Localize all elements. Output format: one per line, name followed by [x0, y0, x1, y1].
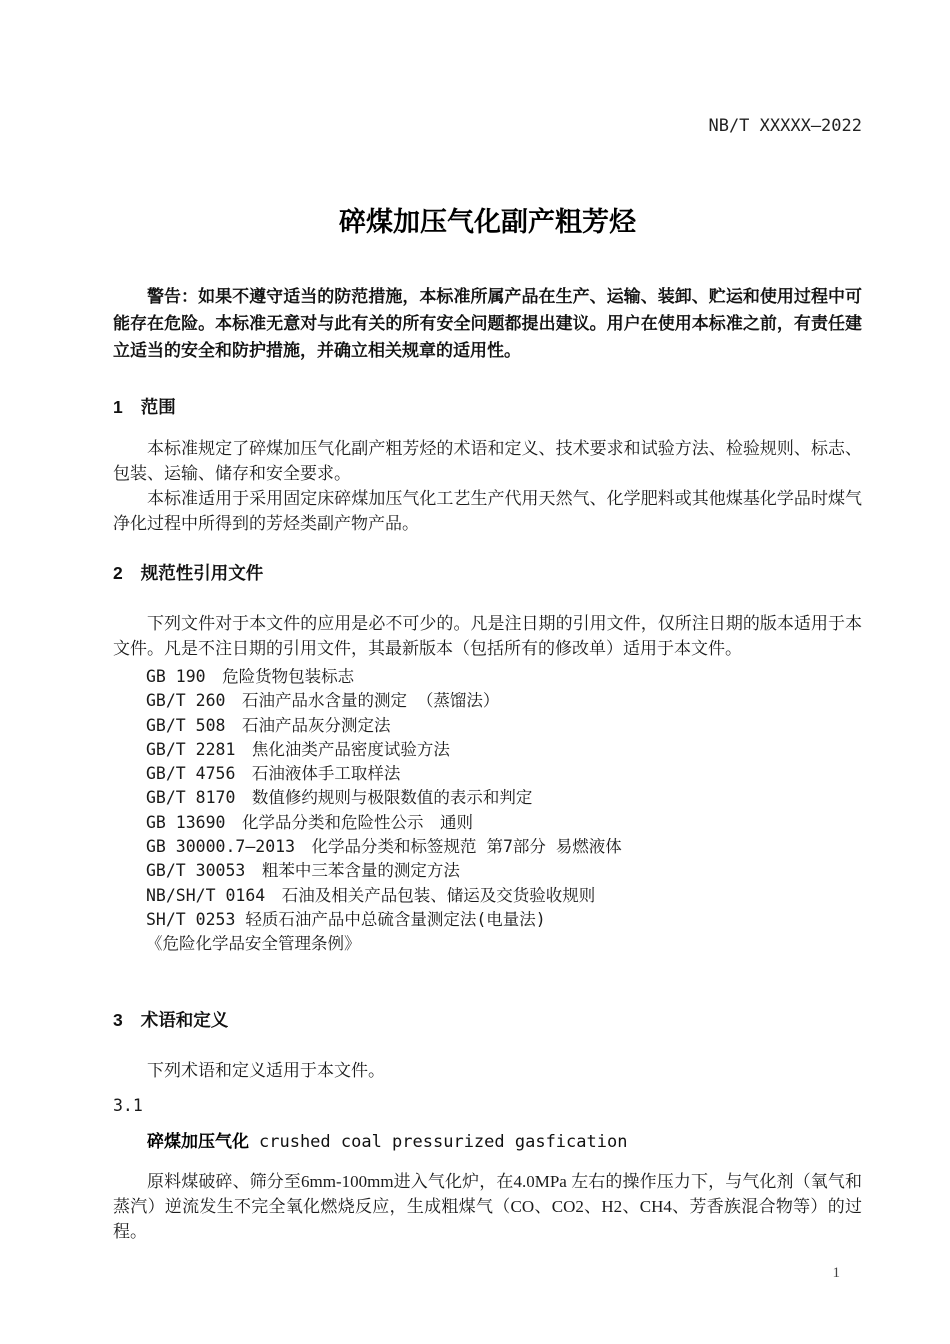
reference-item: GB/T 508 石油产品灰分测定法	[146, 714, 862, 738]
section-2-heading: 2规范性引用文件	[113, 561, 862, 585]
term-name-chinese: 碎煤加压气化	[147, 1132, 249, 1151]
reference-item: GB/T 8170 数值修约规则与极限数值的表示和判定	[146, 786, 862, 810]
document-title: 碎煤加压气化副产粗芳烃	[113, 205, 862, 239]
reference-item: GB/T 4756 石油液体手工取样法	[146, 762, 862, 786]
reference-item: 《危险化学品安全管理条例》	[146, 932, 862, 956]
page-number: 1	[113, 1263, 862, 1283]
references-intro: 下列文件对于本文件的应用是必不可少的。凡是注日期的引用文件，仅所注日期的版本适用…	[113, 611, 862, 661]
references-list: GB 190 危险货物包装标志 GB/T 260 石油产品水含量的测定 （蒸馏法…	[113, 665, 862, 957]
scope-paragraph-1: 本标准规定了碎煤加压气化副产粗芳烃的术语和定义、技术要求和试验方法、检验规则、标…	[113, 436, 862, 486]
warning-paragraph: 警告：如果不遵守适当的防范措施，本标准所属产品在生产、运输、装卸、贮运和使用过程…	[113, 283, 862, 364]
reference-item: GB 13690 化学品分类和危险性公示 通则	[146, 811, 862, 835]
section-1-title: 范围	[141, 397, 176, 417]
reference-item: GB 190 危险货物包装标志	[146, 665, 862, 689]
reference-item: GB 30000.7—2013 化学品分类和标签规范 第7部分 易燃液体	[146, 835, 862, 859]
reference-item: NB/SH/T 0164 石油及相关产品包装、储运及交货验收规则	[146, 884, 862, 908]
section-2-number: 2	[113, 563, 123, 583]
term-line: 碎煤加压气化crushed coal pressurized gasficati…	[147, 1129, 862, 1155]
standard-document-page: NB/T XXXXX—2022 碎煤加压气化副产粗芳烃 警告：如果不遵守适当的防…	[0, 0, 950, 1344]
term-definition: 原料煤破碎、筛分至6mm-100mm进入气化炉，在4.0MPa 左右的操作压力下…	[113, 1169, 862, 1244]
section-3-heading: 3术语和定义	[113, 1008, 862, 1032]
reference-item: SH/T 0253 轻质石油产品中总硫含量测定法(电量法)	[146, 908, 862, 932]
terms-intro: 下列术语和定义适用于本文件。	[113, 1058, 862, 1083]
scope-paragraph-2: 本标准适用于采用固定床碎煤加压气化工艺生产代用天然气、化学肥料或其他煤基化学品时…	[113, 486, 862, 536]
section-1-heading: 1范围	[113, 395, 862, 419]
page-content: NB/T XXXXX—2022 碎煤加压气化副产粗芳烃 警告：如果不遵守适当的防…	[0, 115, 950, 1283]
reference-item: GB/T 2281 焦化油类产品密度试验方法	[146, 738, 862, 762]
reference-item: GB/T 260 石油产品水含量的测定 （蒸馏法）	[146, 689, 862, 713]
term-name-english: crushed coal pressurized gasfication	[259, 1132, 627, 1152]
section-3-number: 3	[113, 1010, 123, 1030]
term-number: 3.1	[113, 1094, 862, 1118]
standard-code-header: NB/T XXXXX—2022	[113, 115, 862, 137]
section-2-title: 规范性引用文件	[141, 563, 264, 583]
section-3-title: 术语和定义	[141, 1010, 229, 1030]
reference-item: GB/T 30053 粗苯中三苯含量的测定方法	[146, 859, 862, 883]
section-1-number: 1	[113, 397, 123, 417]
